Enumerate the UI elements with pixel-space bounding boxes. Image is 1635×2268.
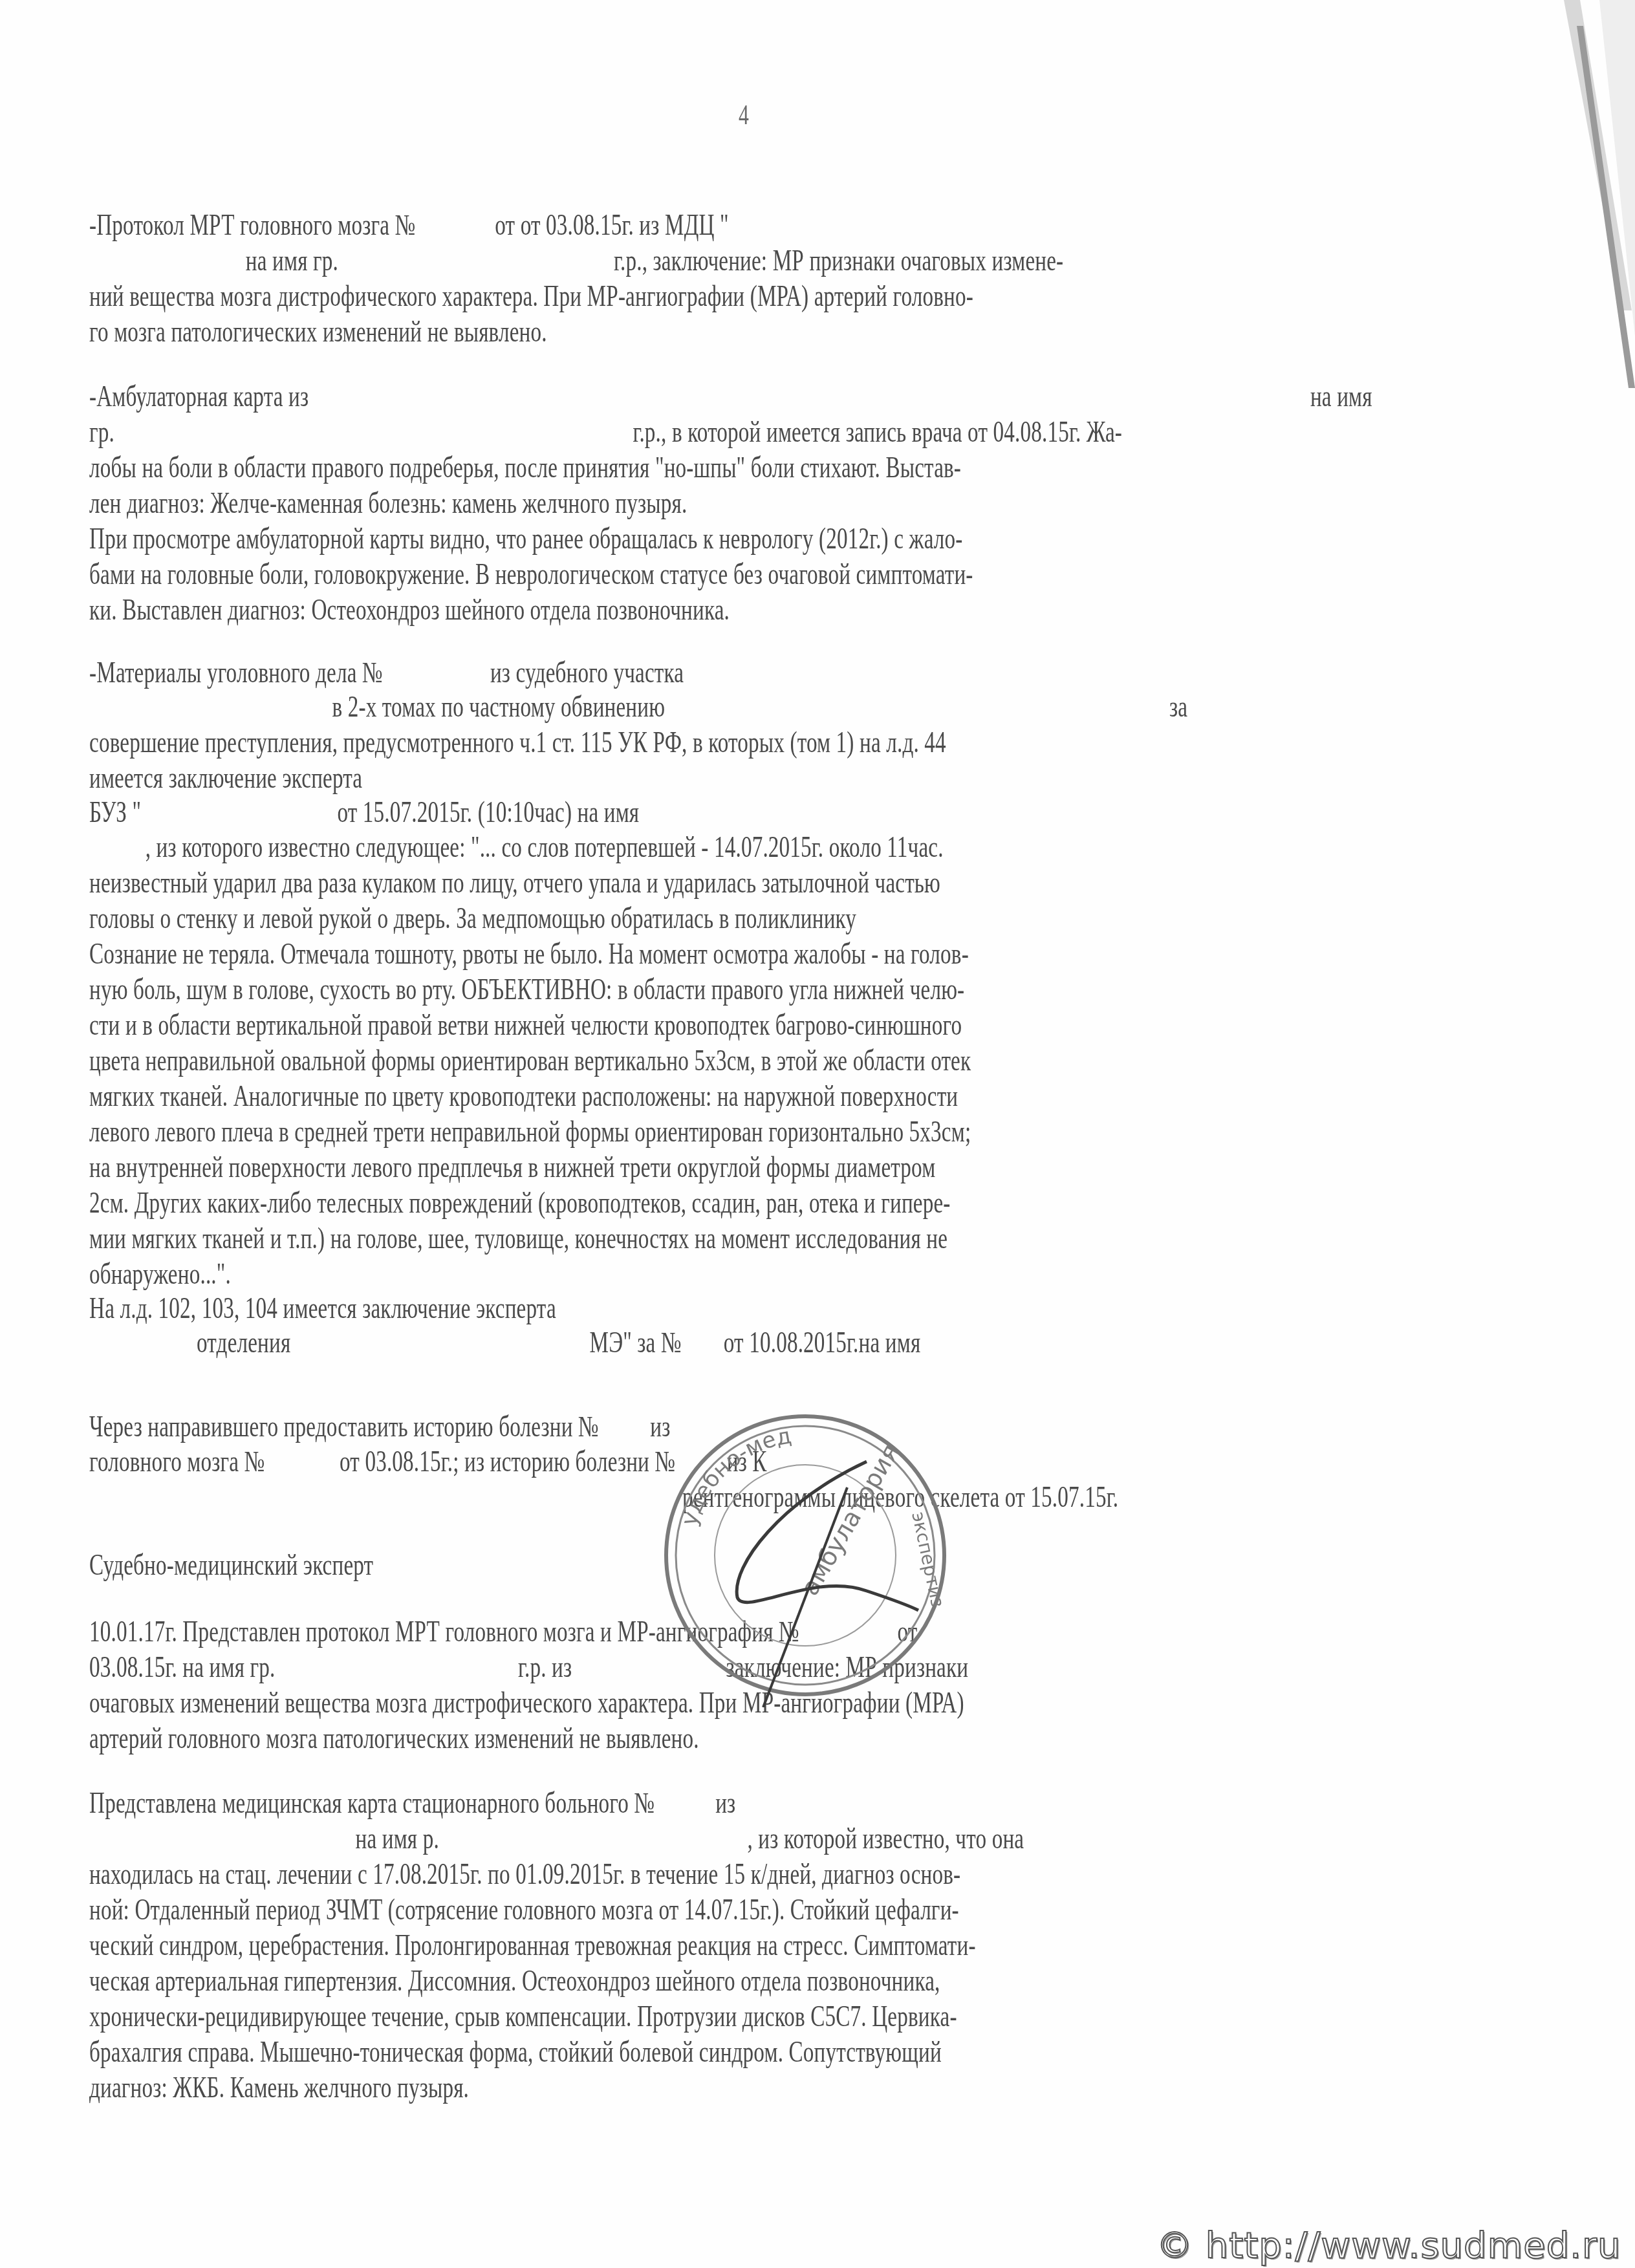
page-number: 4 — [739, 98, 749, 131]
site-watermark: © http://www.sudmed.ru — [1156, 2225, 1621, 2267]
document-page: 4 -Протокол МРТ головного мозга №от от 0… — [0, 0, 1635, 2268]
signature-label: Судебно-медицинский эксперт — [89, 1547, 986, 1583]
page-edge-shadow — [1467, 0, 1635, 453]
